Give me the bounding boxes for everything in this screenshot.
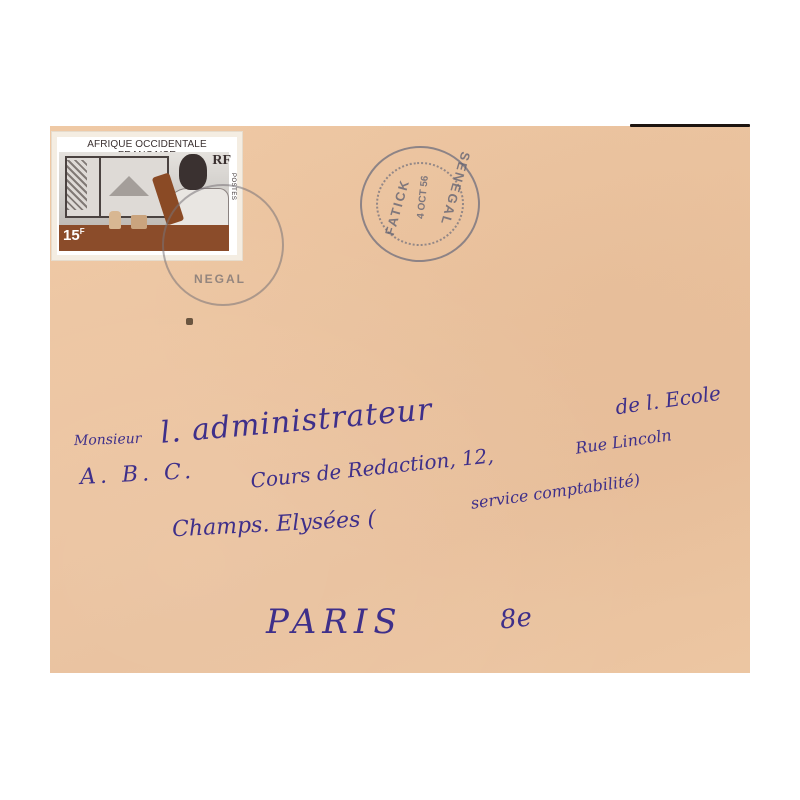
address-service: service comptabilité) (470, 470, 642, 513)
envelope: AFRIQUE OCCIDENTALE FRANCAISE 15F RF POS… (50, 126, 750, 673)
address-organization: A. B. C. (79, 459, 195, 490)
paper-speck (186, 318, 193, 325)
envelope-edge-shadow (630, 124, 750, 127)
postmark-partial-text: NEGAL (194, 272, 246, 286)
address-district: Champs. Elysées ( (171, 507, 376, 543)
scientist-head (179, 154, 207, 190)
postmark-cancel-partial: NEGAL (162, 184, 284, 306)
address-department: Cours de Redaction, 12, (249, 443, 494, 492)
stamp-value: 15F (63, 227, 85, 244)
address-recipient: l. administrateur (159, 392, 434, 451)
palm-tree-icon (67, 160, 87, 210)
flask-icon (109, 211, 121, 229)
address-street: Rue Lincoln (574, 425, 673, 457)
test-tube-rack-icon (131, 215, 147, 229)
address-salutation: Monsieur (74, 431, 142, 449)
address-city: PARIS (266, 602, 403, 642)
stamp-country-code: RF (212, 153, 231, 169)
address-arrondissement: 8e (499, 602, 534, 635)
address-recipient-school: de l. Ecole (614, 381, 722, 420)
postmark-fatick: FATICK SENEGAL 4 OCT 56 (356, 142, 484, 266)
